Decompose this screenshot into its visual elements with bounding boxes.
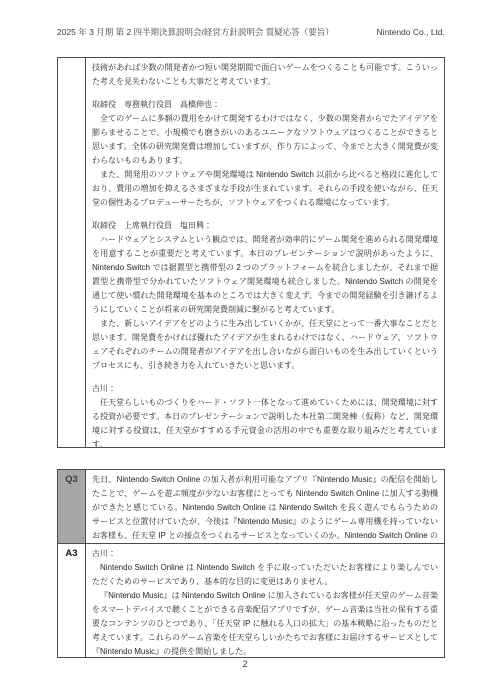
question-paragraph: 先日、Nintendo Switch Online の加入者が利用可能なアプリ『… [92,473,438,543]
header-company-name: Nintendo Co., Ltd. [376,27,445,37]
paragraph: また、開発用のソフトウェアや開発環境は Nintendo Switch 以前から… [92,168,438,210]
question-label: Q3 [58,470,86,543]
answer-continuation-table: 技術があれば少数の開発者かつ短い開発期間で面白いゲームをつくることも可能です。こ… [57,57,445,448]
paragraph: 全てのゲームに多額の費用をかけて開発するわけではなく、少数の開発者からでたアイデ… [92,112,438,168]
paragraph: Nintendo Switch Online は Nintendo Switch… [92,561,438,589]
answer-row: A3 古川：Nintendo Switch Online は Nintendo … [58,544,444,657]
page-number: 2 [0,659,490,669]
speaker-name: 古川： [92,547,438,561]
speaker-name: 取締役 上席執行役員 塩田興： [92,219,438,233]
paragraph: 技術があれば少数の開発者かつ短い開発期間で面白いゲームをつくることも可能です。こ… [92,61,438,89]
question-body: 先日、Nintendo Switch Online の加入者が利用可能なアプリ『… [86,470,444,543]
blank-line [92,373,438,382]
header-title: 2025 年 3 月期 第 2 四半期決算説明会/経営方針説明会 質疑応答（要旨… [57,26,334,38]
paragraph: また、新しいアイデアをどのように生み出していくかが、任天堂にとって一番大事なこと… [92,317,438,373]
document-header: 2025 年 3 月期 第 2 四半期決算説明会/経営方針説明会 質疑応答（要旨… [57,26,445,38]
continuation-body: 技術があれば少数の開発者かつ短い開発期間で面白いゲームをつくることも可能です。こ… [86,58,444,447]
answer-body: 古川：Nintendo Switch Online は Nintendo Swi… [86,544,444,657]
speaker-name: 取締役 専務執行役員 高橋伸也： [92,98,438,112]
answer-label: A3 [58,544,86,657]
paragraph: 任天堂らしいものづくりをハード・ソフト一体となって進めていくためには、開発環境に… [92,396,438,447]
continuation-label-cell [58,58,86,447]
qa3-table: Q3 先日、Nintendo Switch Online の加入者が利用可能なア… [57,469,445,658]
question-row: Q3 先日、Nintendo Switch Online の加入者が利用可能なア… [58,470,444,544]
speaker-name: 古川： [92,382,438,396]
paragraph: 『Nintendo Music』は Nintendo Switch Online… [92,589,438,657]
blank-line [92,210,438,219]
paragraph: ハードウェアとシステムという観点では、開発者が効率的にゲーム開発を進められる開発… [92,233,438,317]
blank-line [92,89,438,98]
document-page: 2025 年 3 月期 第 2 四半期決算説明会/経営方針説明会 質疑応答（要旨… [0,0,490,692]
